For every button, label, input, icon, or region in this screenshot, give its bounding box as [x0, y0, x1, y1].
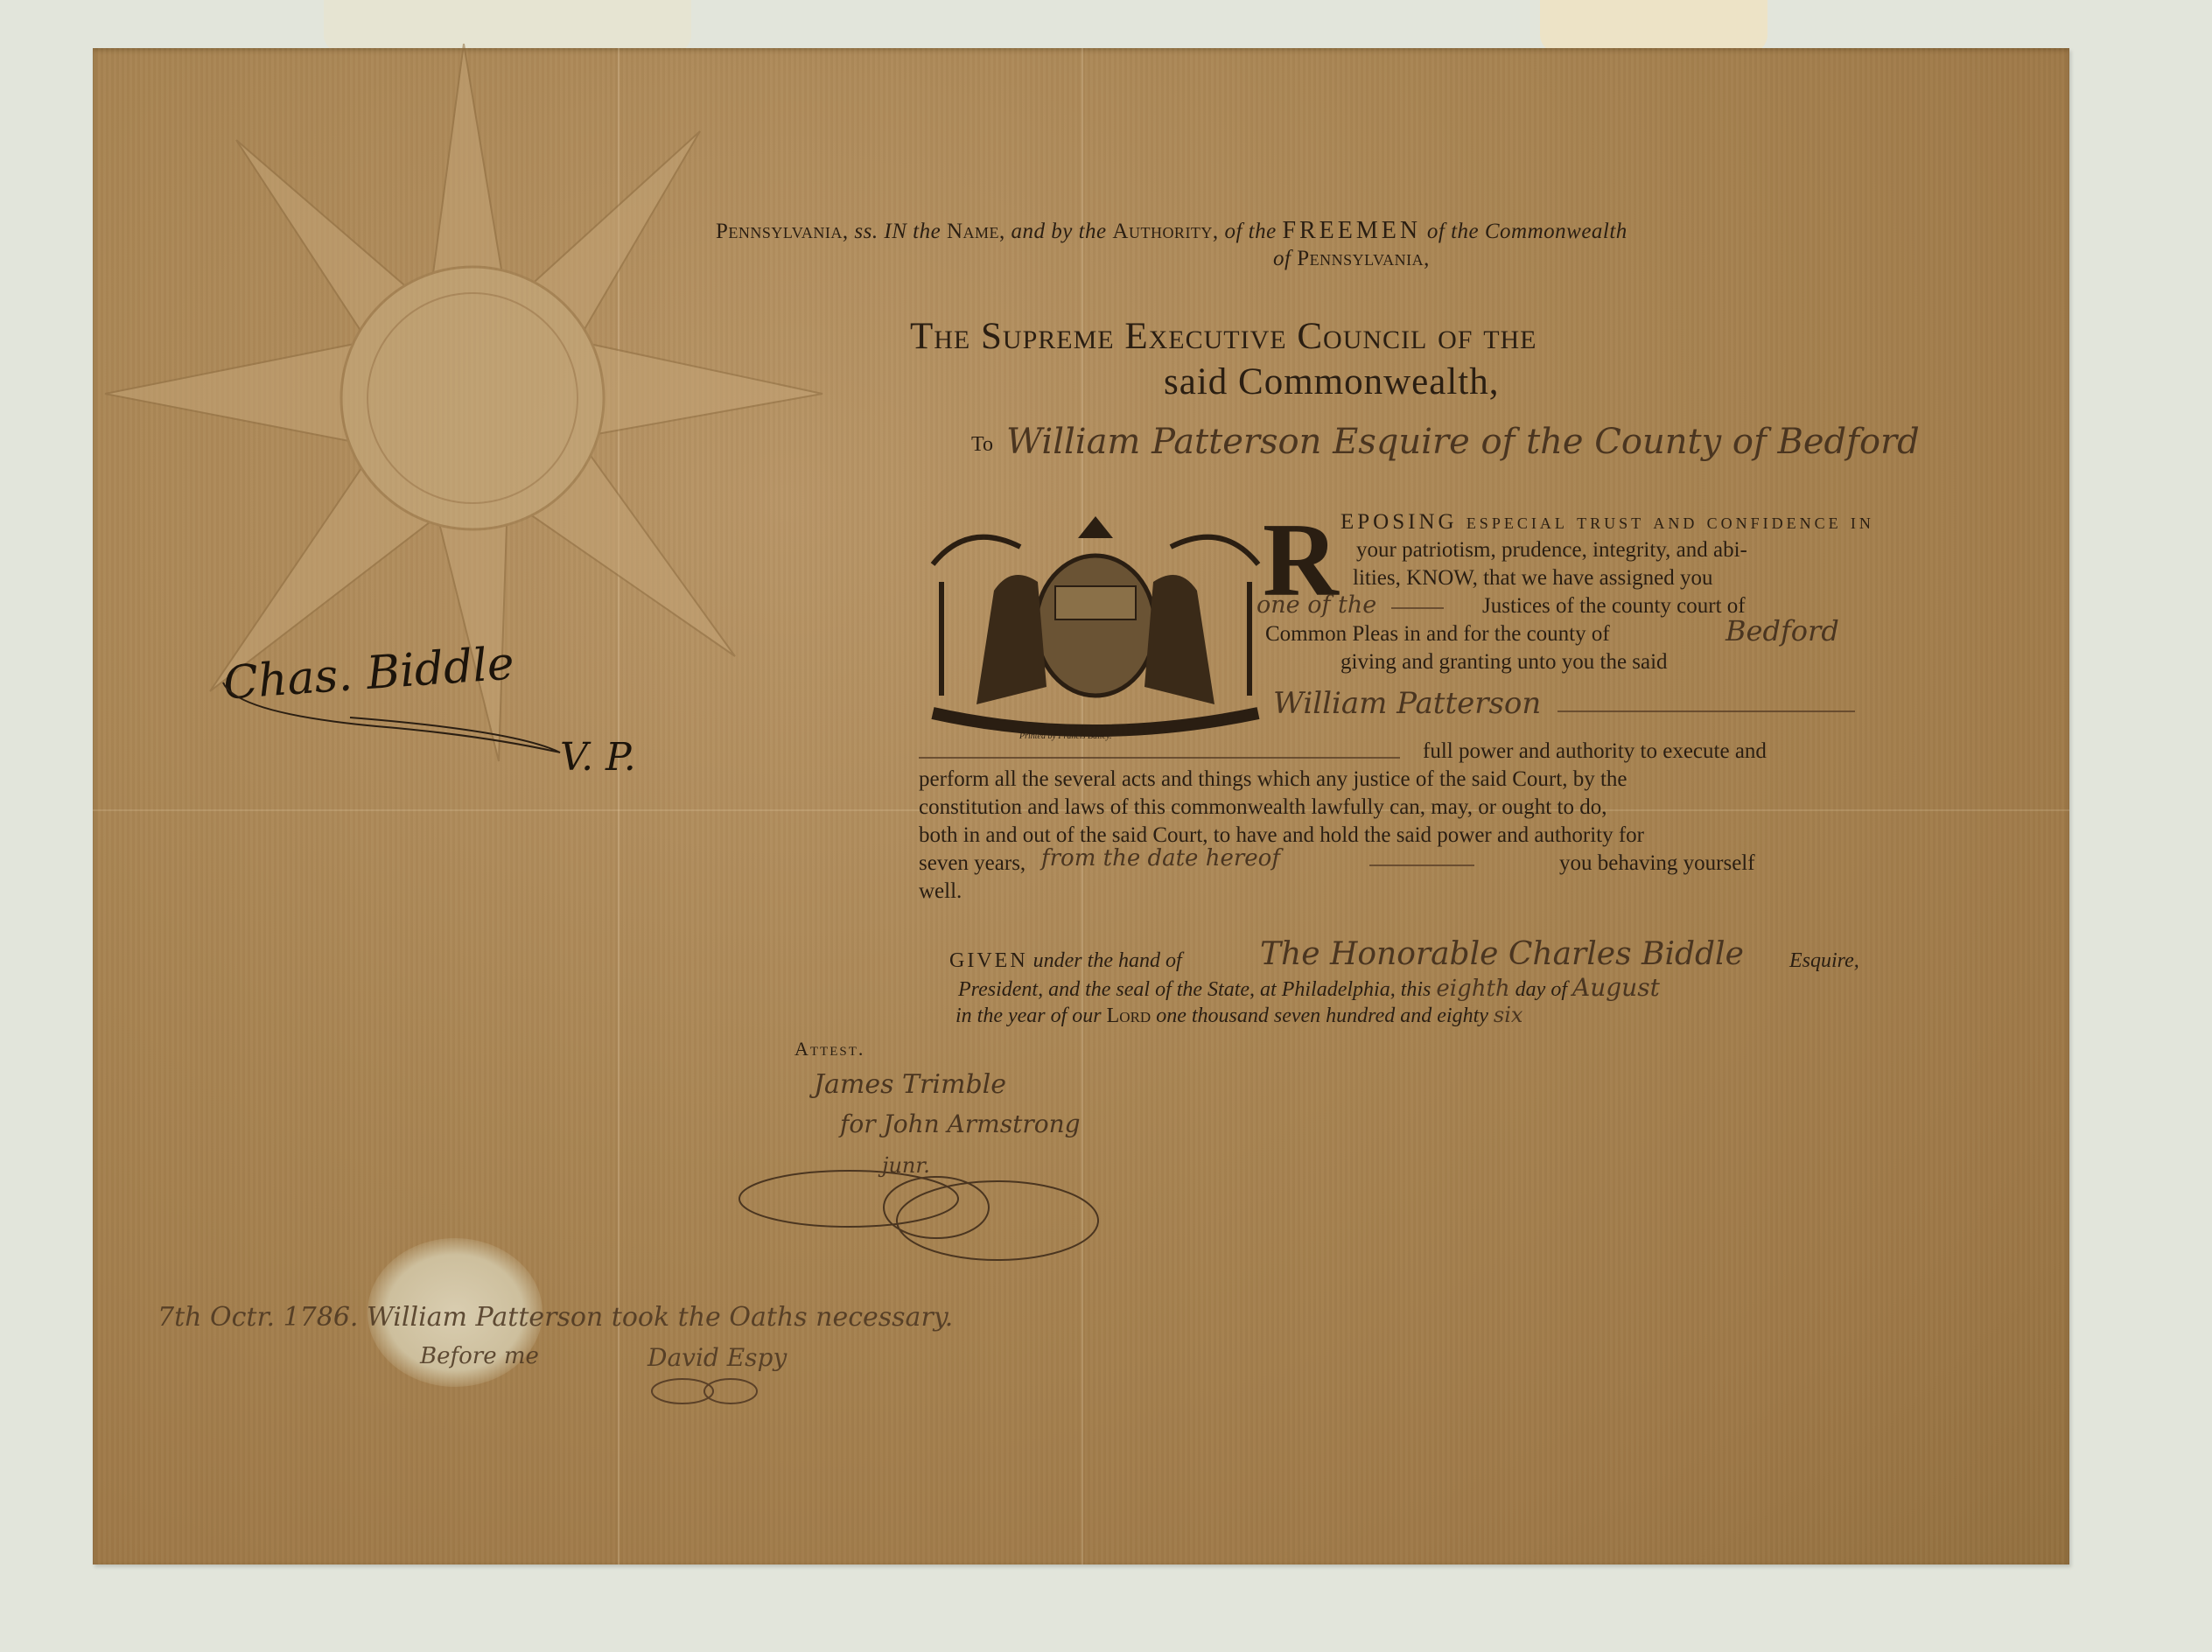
given-hand-year: six [1494, 1003, 1523, 1027]
attest-signature-2: for John Armstrong [840, 1109, 1081, 1138]
body-line-10: constitution and laws of this commonweal… [919, 793, 1606, 822]
given-line-1: GIVEN under the hand of [949, 947, 1182, 976]
council-title-line-1: The Supreme Executive Council of the [910, 315, 1537, 358]
addressee-to: To [971, 433, 993, 457]
given-line-3: in the year of our Lord one thousand sev… [955, 1001, 1522, 1031]
given-hand-president: The Honorable Charles Biddle [1260, 936, 1744, 972]
printer-credit: Printed by Francis Bailey. [1019, 731, 1112, 741]
given-hand-day: eighth [1436, 976, 1509, 1002]
header-state: Pennsylvania, [1297, 247, 1430, 270]
header-name: Name, [947, 220, 1005, 243]
header-line-1: Pennsylvania, ss. IN the Name, and by th… [716, 217, 1627, 245]
tape-stain-right [1540, 0, 1767, 52]
header-line-2: of Pennsylvania, [1273, 247, 1430, 271]
body-hand-term: from the date hereof [1041, 845, 1280, 871]
attest-label: Attest. [794, 1038, 864, 1060]
addressee-handwritten: William Patterson Esquire of the County … [1006, 422, 1920, 462]
header-authority: Authority, [1112, 220, 1218, 243]
attest-signature-1: James Trimble [814, 1069, 1006, 1100]
given-line-2: President, and the seal of the State, at… [958, 973, 1660, 1004]
body-line-12a: seven years, [919, 849, 1025, 878]
body-line-3: lities, KNOW, that we have assigned you [1353, 563, 1713, 592]
given-text: day of [1515, 978, 1567, 1001]
body-hand-county: Bedford [1725, 614, 1839, 647]
body-line-1: EPOSING especial trust and confidence in [1340, 507, 1874, 536]
given-label: GIVEN [949, 949, 1028, 972]
oath-note-before-me: Before me [420, 1343, 539, 1369]
header-state: Pennsylvania, [716, 220, 849, 243]
header-text: and by the [1011, 220, 1107, 243]
signature-flourish-icon [735, 1155, 1102, 1269]
body-line-9: perform all the several acts and things … [919, 765, 1627, 794]
fill-line [1391, 607, 1444, 609]
header-text: IN the [884, 220, 941, 243]
body-hand-name: William Patterson [1273, 686, 1541, 721]
given-esquire: Esquire, [1789, 947, 1859, 976]
body-hand-one-of-the: one of the [1256, 591, 1376, 619]
signature-flourish-icon [647, 1369, 770, 1413]
given-hand-month: August [1572, 973, 1660, 1002]
fill-line [1369, 864, 1474, 866]
oath-note-line-1: 7th Octr. 1786. William Patterson took t… [157, 1302, 953, 1333]
drop-cap: R [1263, 516, 1339, 604]
body-line-5: Common Pleas in and for the county of [1265, 619, 1610, 648]
given-text: President, and the seal of the State, at… [958, 978, 1431, 1001]
given-text: in the year of our [955, 1004, 1102, 1027]
body-line-11: both in and out of the said Court, to ha… [919, 821, 1644, 850]
body-line-13: well. [919, 877, 962, 906]
fill-line [1557, 710, 1855, 712]
oath-note-signature: David Espy [647, 1343, 787, 1372]
given-text: one thousand seven hundred and eighty [1156, 1004, 1488, 1027]
body-line-4: Justices of the county court of [1482, 591, 1746, 620]
given-lord: Lord [1107, 1004, 1151, 1027]
council-title-line-2: said Commonwealth, [1164, 360, 1499, 403]
coat-of-arms-icon [915, 512, 1276, 741]
header-text: of [1273, 247, 1291, 270]
given-text: under the hand of [1033, 949, 1182, 972]
header-freemen: FREEMEN [1282, 217, 1421, 244]
body-line-8: full power and authority to execute and [1423, 737, 1767, 766]
signature-flourish-icon [219, 665, 586, 761]
body-line-2: your patriotism, prudence, integrity, an… [1356, 535, 1747, 564]
fill-line [919, 757, 1400, 759]
header-text: of the Commonwealth [1427, 220, 1627, 243]
body-line-12b: you behaving yourself [1559, 849, 1755, 878]
body-line-6: giving and granting unto you the said [1340, 647, 1668, 676]
header-ss: ss. [854, 220, 878, 243]
header-text: of the [1224, 220, 1276, 243]
body-text: EPOSING especial trust and confidence in [1340, 510, 1874, 534]
